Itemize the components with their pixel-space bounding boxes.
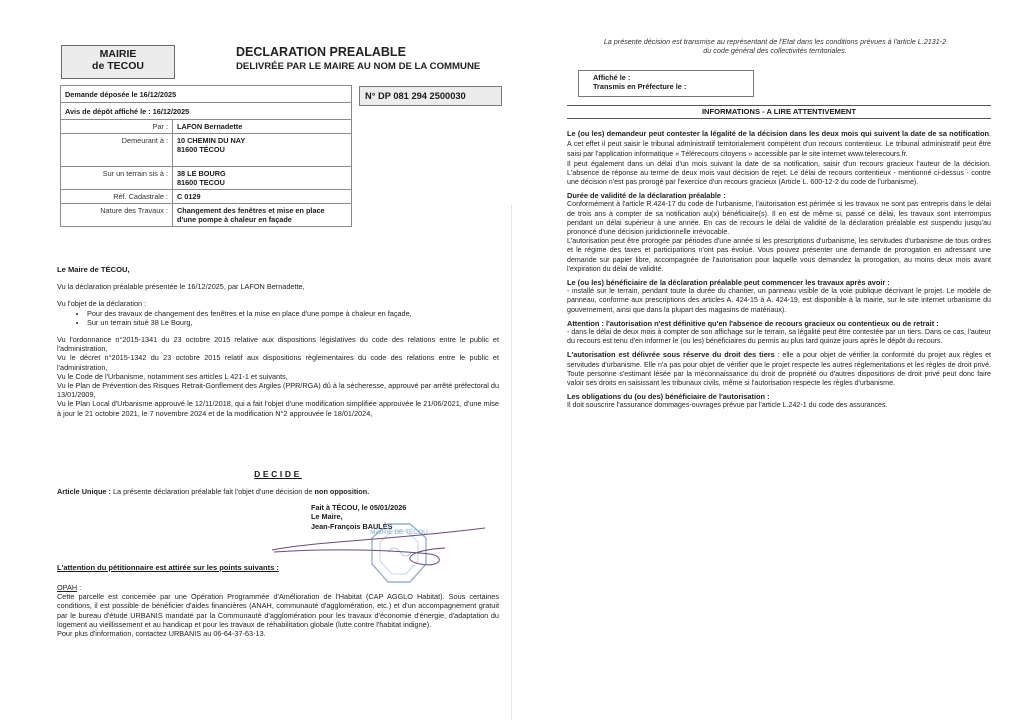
commencer-heading: Le (ou les) bénéficiaire de la déclarati… (567, 278, 991, 287)
opah-label: OPAH (57, 583, 77, 592)
attention-heading-right: Attention : l'autorisation n'est définit… (567, 319, 991, 328)
article-text: La présente déclaration préalable fait l… (113, 487, 313, 496)
vu-paragraph: Vu le Plan Local d'Urbanisme approuvé le… (57, 399, 499, 417)
commencer-text: - installé sur le terrain, pendant toute… (567, 287, 991, 315)
row-value: C 0129 (173, 190, 352, 204)
list-item: Pour des travaux de changement des fenêt… (87, 309, 499, 318)
maire-heading: Le Maire de TÉCOU, (57, 265, 499, 274)
article-label: Article Unique : (57, 487, 111, 496)
dossier-number: N° DP 081 294 2500030 (359, 86, 502, 106)
obligations-text: Il doit souscrire l'assurance dommages-o… (567, 401, 991, 410)
attention-text: - dans le délai de deux mois à compter d… (567, 328, 991, 346)
article-unique: Article Unique : La présente déclaration… (57, 487, 499, 496)
obligations-heading: Les obligations du (ou des) bénéficiaire… (567, 392, 991, 401)
transmission-notice: La présente décision est transmise au re… (560, 37, 990, 56)
table-row: Sur un terrain sis à : 38 LE BOURG 81600… (61, 167, 352, 190)
table-row: Réf. Cadastrale : C 0129 (61, 190, 352, 204)
article-decision: non opposition. (315, 487, 370, 496)
prorogation-text: L'autorisation peut être prorogée par pé… (567, 237, 991, 274)
table-row: Nature des Travaux : Changement des fenê… (61, 204, 352, 227)
avis-depot: Avis de dépôt affiché le : 16/12/2025 (61, 103, 352, 120)
row-value: LAFON Bernadette (173, 120, 352, 134)
attention-heading: L'attention du pétitionnaire est attirée… (57, 563, 279, 572)
fait-a: Fait à TÉCOU, le 05/01/2026 (311, 503, 406, 512)
row-value: 10 CHEMIN DU NAY 81600 TÉCOU (173, 134, 352, 167)
vu-paragraph: Vu l'ordonnance n°2015-1341 du 23 octobr… (57, 335, 499, 353)
mairie-line2: de TECOU (62, 60, 174, 72)
decide-heading: DECIDE (57, 469, 499, 479)
transmis-prefecture: Transmis en Préfecture le : (593, 82, 753, 91)
list-item: Sur un terrain situé 38 Le Bourg, (87, 318, 499, 327)
table-row: Par : LAFON Bernadette (61, 120, 352, 134)
demande-deposee: Demande déposée le 16/12/2025 (61, 86, 352, 103)
vu-paragraph: Vu le Plan de Prévention des Risques Ret… (57, 381, 499, 399)
row-label: Sur un terrain sis à : (61, 167, 173, 190)
mairie-box: MAIRIE de TECOU (61, 45, 175, 79)
informations-body: Le (ou les) demandeur peut contester la … (567, 129, 991, 411)
opah-section: OPAH : Cette parcelle est concernée par … (57, 583, 499, 638)
table-row: Demeurant à : 10 CHEMIN DU NAY 81600 TÉC… (61, 134, 352, 167)
row-value: Changement des fenêtres et mise en place… (173, 204, 352, 227)
considerants: Le Maire de TÉCOU, Vu la déclaration pré… (57, 265, 499, 418)
recours-paragraph: Le (ou les) demandeur peut contester la … (567, 129, 991, 160)
vu-paragraph: Vu le Code de l'Urbanisme, notamment ses… (57, 372, 499, 381)
row-value: 38 LE BOURG 81600 TECOU (173, 167, 352, 190)
opah-contact: Pour plus d'information, contactez URBAN… (57, 629, 499, 638)
opah-text: Cette parcelle est concernée par une Opé… (57, 592, 499, 629)
info-table: Demande déposée le 16/12/2025 Avis de dé… (60, 85, 352, 227)
row-label: Demeurant à : (61, 134, 173, 167)
vu-paragraph: Vu le décret n°2015-1342 du 23 octobre 2… (57, 353, 499, 371)
mairie-line1: MAIRIE (62, 48, 174, 60)
document-subtitle: DELIVRÉE PAR LE MAIRE AU NOM DE LA COMMU… (236, 61, 480, 72)
page-divider (511, 205, 512, 720)
affichage-box: Affiché le : Transmis en Préfecture le : (578, 70, 754, 97)
official-stamp-icon: MAIRIE DE TÉCOU (270, 520, 490, 590)
row-label: Réf. Cadastrale : (61, 190, 173, 204)
objet-list: Pour des travaux de changement des fenêt… (57, 309, 499, 327)
tiers-paragraph: L'autorisation est délivrée sous réserve… (567, 350, 991, 388)
document-title: DECLARATION PREALABLE (236, 45, 406, 59)
row-label: Nature des Travaux : (61, 204, 173, 227)
row-label: Par : (61, 120, 173, 134)
informations-heading: INFORMATIONS - A LIRE ATTENTIVEMENT (567, 105, 991, 119)
validite-text: Conformément à l'article R.424-17 du cod… (567, 200, 991, 237)
validite-heading: Durée de validité de la déclaration préa… (567, 191, 991, 200)
vu-objet: Vu l'objet de la déclaration : (57, 299, 499, 308)
recours-gracieux: Il peut également dans un délai d'un moi… (567, 160, 991, 188)
affiche-le: Affiché le : (593, 73, 753, 82)
vu-declaration: Vu la déclaration préalable présentée le… (57, 282, 499, 291)
